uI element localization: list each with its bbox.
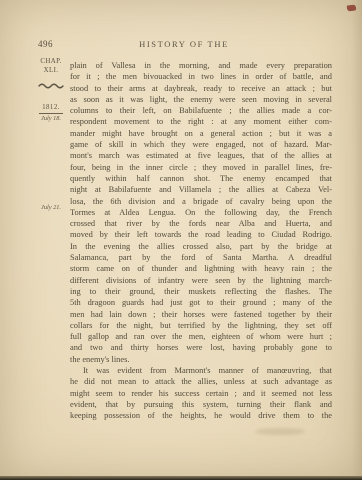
scan-edge-shadow <box>0 476 362 480</box>
chapter-label: CHAP. <box>33 58 69 67</box>
text-line: In the evening the allies crossed also, … <box>70 241 332 252</box>
text-line: evident, that by pursuing this system, t… <box>70 399 332 410</box>
text-line: columns to their left, on Babilafuente ;… <box>70 105 332 116</box>
margin-notes: CHAP. XLI. 1812. July 18. <box>33 58 69 122</box>
running-title: HISTORY OF THE <box>36 39 332 49</box>
text-line: 5th dragoon guards had just got to their… <box>70 297 332 308</box>
text-line: he did not mean to attack the allies, un… <box>70 376 332 387</box>
paragraph-2: It was evident from Marmont's manner of … <box>70 365 332 421</box>
page-fold-shadow <box>352 0 362 480</box>
text-line: mander might have brought on a general a… <box>70 128 332 139</box>
text-line: the enemy's lines. <box>70 354 332 365</box>
page-header: 496 HISTORY OF THE <box>36 39 332 51</box>
text-line: moved by their left towards the road lea… <box>70 229 332 240</box>
text-line: as soon as it was light, the enemy were … <box>70 94 332 105</box>
text-line: ing to their ground, their muskets refle… <box>70 286 332 297</box>
chapter-number: XLI. <box>33 67 69 76</box>
scan-smudge <box>255 428 305 435</box>
text-line: men had lain down ; their horses were fa… <box>70 309 332 320</box>
text-line: plain of Vallesa in the morning, and mad… <box>70 60 332 71</box>
margin-date-july18: July 18. <box>33 115 69 122</box>
margin-rule <box>39 113 63 114</box>
text-line: stood to their arms at daybreak, ready t… <box>70 83 332 94</box>
text-line: keeping possession of the heights, he wo… <box>70 410 332 421</box>
text-line: and two and thirty horses were lost, hav… <box>70 342 332 353</box>
flourish-icon <box>33 76 69 94</box>
text-line: for it ; the men bivouacked in two lines… <box>70 71 332 82</box>
text-line: losa, the 6th division and a brigade of … <box>70 196 332 207</box>
text-line: four, being in the inner circle ; they m… <box>70 162 332 173</box>
text-line: Salamanca, part by the ford of Santa Mar… <box>70 252 332 263</box>
text-line: mont's march was estimated at five leagu… <box>70 150 332 161</box>
text-line: full gallop and ran over the men, eighte… <box>70 331 332 342</box>
red-speck <box>347 4 357 11</box>
book-page-scan: 496 HISTORY OF THE CHAP. XLI. 1812. July… <box>0 0 362 480</box>
text-line: collars for the night, but terrified by … <box>70 320 332 331</box>
text-line: night at Babilafuente and Villamela ; th… <box>70 184 332 195</box>
margin-date-july21: July 21. <box>33 204 69 211</box>
text-line: crossed that river by the fords near Alb… <box>70 218 332 229</box>
text-line: It was evident from Marmont's manner of … <box>70 365 332 376</box>
margin-year: 1812. <box>33 103 69 111</box>
text-line: game of skill in which they were engaged… <box>70 139 332 150</box>
text-line: might seem to render his success certain… <box>70 388 332 399</box>
text-line: respondent movement to the right : at an… <box>70 116 332 127</box>
paragraph-1: plain of Vallesa in the morning, and mad… <box>70 60 332 365</box>
text-line: storm came on of thunder and lightning w… <box>70 263 332 274</box>
text-line: quently within half cannon shot. The ene… <box>70 173 332 184</box>
text-line: different divisions of infantry were see… <box>70 275 332 286</box>
text-line: Tormes at Aldea Lengua. On the following… <box>70 207 332 218</box>
